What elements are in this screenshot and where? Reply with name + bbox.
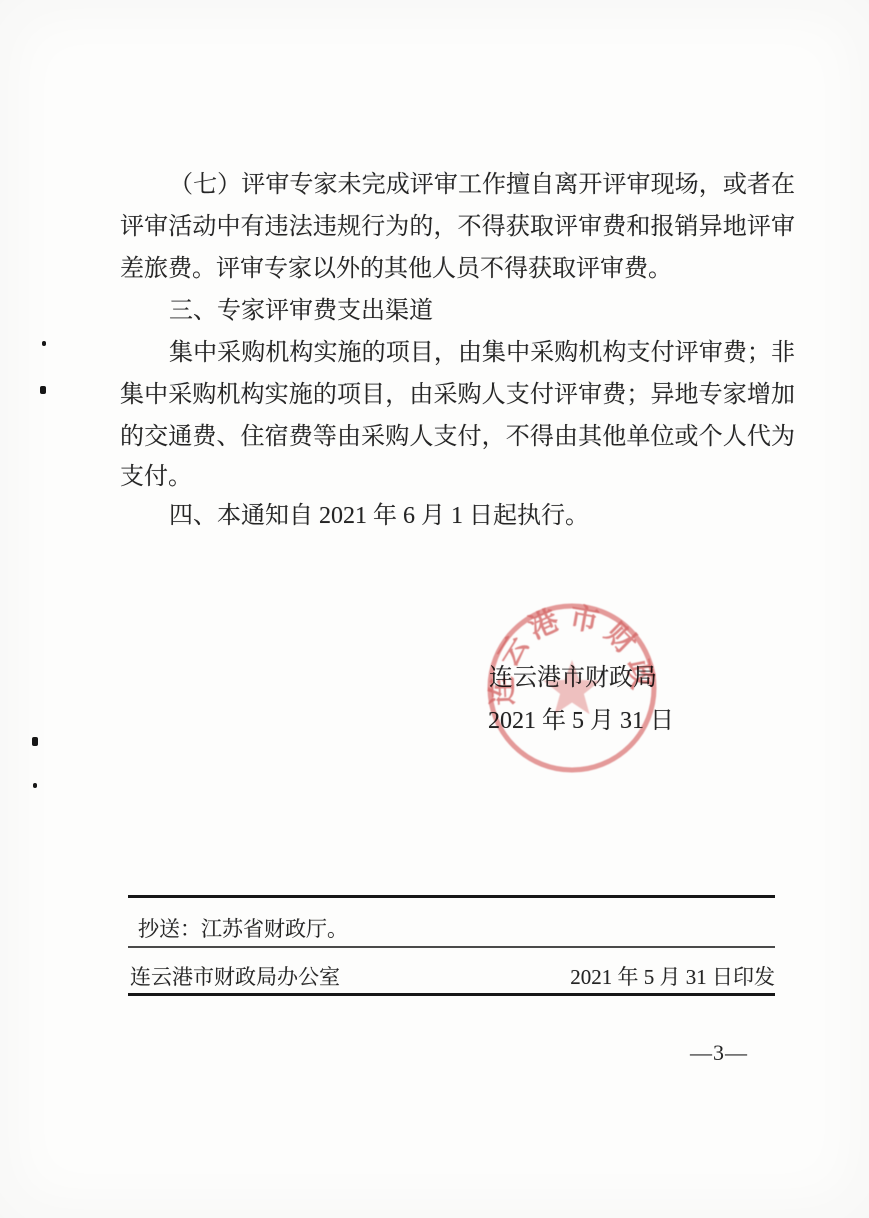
body-line: 差旅费。评审专家以外的其他人员不得获取评审费。 (120, 254, 795, 284)
scan-artifact-dot (33, 783, 37, 788)
footer-middle-rule (128, 946, 775, 948)
body-line: 的交通费、住宿费等由采购人支付，不得由其他单位或个人代为 (120, 422, 795, 452)
body-line: 四、本通知自 2021 年 6 月 1 日起执行。 (120, 501, 795, 531)
scan-artifact-dot (32, 737, 38, 746)
body-line: 评审活动中有违法违规行为的，不得获取评审费和报销异地评审 (120, 212, 795, 242)
scan-artifact-dot (40, 386, 46, 394)
body-line: （七）评审专家未完成评审工作擅自离开评审现场，或者在 (120, 170, 795, 200)
footer-print-date: 2021 年 5 月 31 日印发 (128, 961, 775, 991)
footer-cc: 抄送：江苏省财政厅。 (138, 913, 348, 943)
seal-star-icon (544, 660, 601, 714)
footer-top-rule (128, 895, 775, 898)
scan-artifact-dot (42, 341, 46, 346)
scanned-document-page: （七）评审专家未完成评审工作擅自离开评审现场，或者在 评审活动中有违法违规行为的… (0, 0, 869, 1218)
body-section-heading: 三、专家评审费支出渠道 (120, 296, 795, 326)
body-line: 集中采购机构实施的项目，由采购人支付评审费；异地专家增加 (120, 380, 795, 410)
body-line: 支付。 (120, 462, 795, 492)
footer-bottom-rule (128, 993, 775, 996)
official-seal-icon: 连云港市财政局 (486, 602, 658, 774)
body-line: 集中采购机构实施的项目，由集中采购机构支付评审费；非 (120, 338, 795, 368)
page-number: —3— (690, 1040, 748, 1066)
